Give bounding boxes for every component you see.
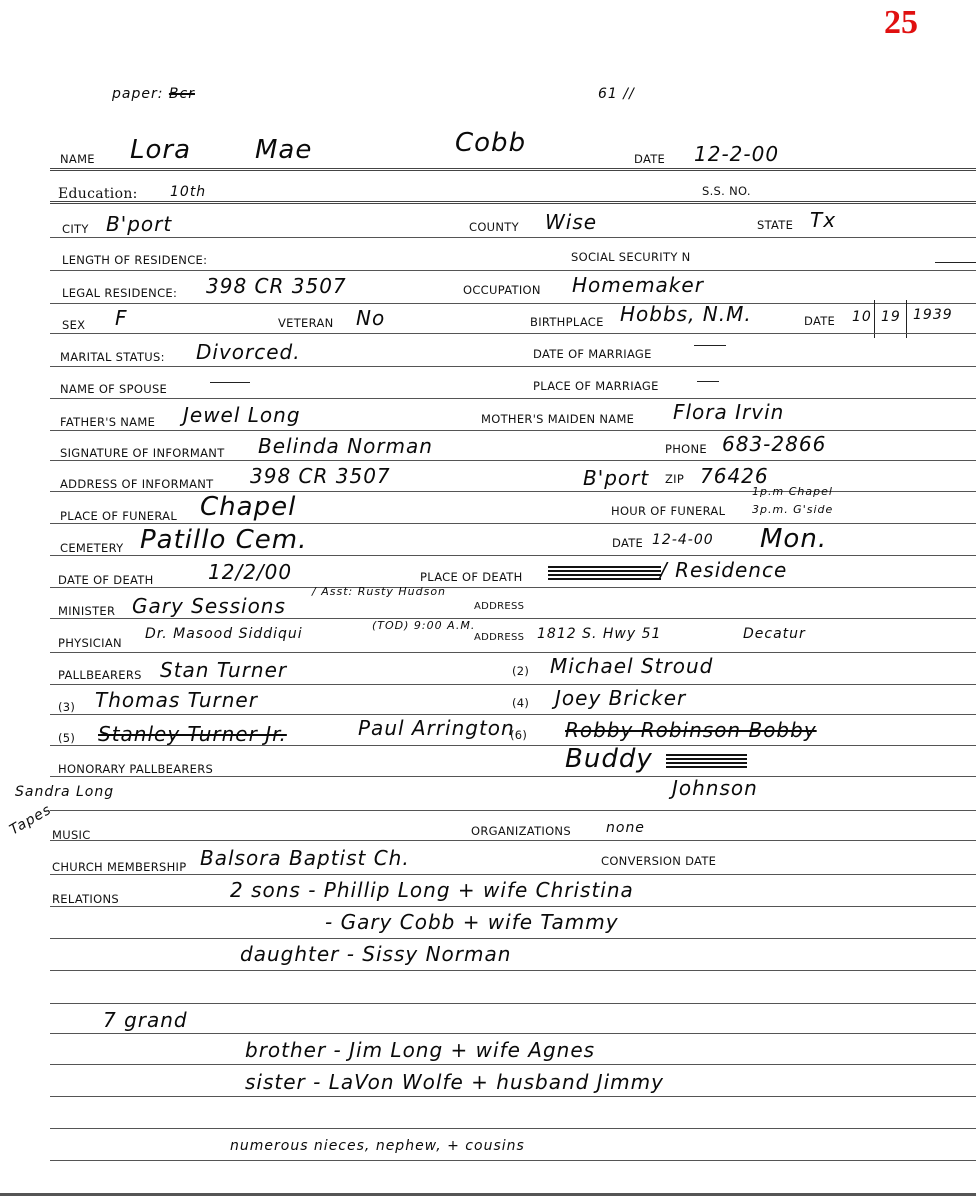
pallbearer-6-crossed: Robby Robinson Bobby bbox=[565, 718, 817, 742]
pallbearer-2: Michael Stroud bbox=[550, 654, 713, 678]
place-of-funeral-value: Chapel bbox=[200, 492, 296, 522]
hour-of-funeral-label: HOUR OF FUNERAL bbox=[611, 504, 725, 518]
mothers-maiden-name-value: Flora Irvin bbox=[673, 400, 784, 424]
pallbearer-4: Joey Bricker bbox=[555, 686, 686, 710]
signature-of-informant-label: SIGNATURE OF INFORMANT bbox=[60, 446, 225, 460]
state-value: Tx bbox=[810, 208, 836, 232]
pallbearers-label: PALLBEARERS bbox=[58, 668, 142, 682]
occupation-value: Homemaker bbox=[572, 273, 704, 297]
signature-of-informant-value: Belinda Norman bbox=[258, 434, 433, 458]
cemetery-label: CEMETERY bbox=[60, 541, 123, 555]
sex-label: SEX bbox=[62, 318, 85, 332]
birth-day: 19 bbox=[881, 309, 901, 325]
place-of-death-value: / Residence bbox=[660, 558, 787, 582]
marital-status-label: MARITAL STATUS: bbox=[60, 350, 165, 364]
church-membership-value: Balsora Baptist Ch. bbox=[200, 846, 410, 870]
state-label: STATE bbox=[757, 218, 793, 232]
tick-note: 61 // bbox=[598, 86, 635, 102]
middle-name: Mae bbox=[255, 135, 312, 165]
conversion-date-label: CONVERSION DATE bbox=[601, 854, 716, 868]
pallbearer-5-crossed: Stanley Turner Jr. bbox=[98, 722, 287, 746]
physician-address-label: ADDRESS bbox=[474, 632, 524, 643]
pallbearer-4-num: (4) bbox=[512, 696, 529, 710]
relations-label: RELATIONS bbox=[52, 892, 119, 906]
date-of-death-value: 12/2/00 bbox=[208, 560, 292, 584]
legal-residence-label: LEGAL RESIDENCE: bbox=[62, 286, 177, 300]
birth-date-label: DATE bbox=[804, 314, 835, 328]
name-label: NAME bbox=[60, 152, 95, 166]
physician-city: Decatur bbox=[743, 626, 806, 642]
paper-note: paper: Bcr bbox=[112, 86, 195, 102]
place-of-funeral-label: PLACE OF FUNERAL bbox=[60, 509, 177, 523]
date-value: 12-2-00 bbox=[694, 142, 779, 166]
county-label: COUNTY bbox=[469, 220, 519, 234]
birth-month: 10 bbox=[852, 309, 872, 325]
physician-label: PHYSICIAN bbox=[58, 636, 122, 650]
length-of-residence-label: LENGTH OF RESIDENCE: bbox=[62, 253, 207, 267]
date-of-marriage-label: DATE OF MARRIAGE bbox=[533, 347, 652, 361]
funeral-date-label: DATE bbox=[612, 536, 643, 550]
relations-line-5: 7 grand bbox=[103, 1008, 188, 1032]
relations-line-1: 2 sons - Phillip Long + wife Christina bbox=[230, 878, 634, 902]
time-of-death: (TOD) 9:00 A.M. bbox=[372, 619, 475, 632]
funeral-day: Mon. bbox=[760, 524, 827, 554]
pallbearer-5: Paul Arrington bbox=[358, 716, 515, 740]
address-of-informant-label: ADDRESS OF INFORMANT bbox=[60, 477, 213, 491]
first-name: Lora bbox=[130, 135, 191, 165]
birthplace-label: BIRTHPLACE bbox=[530, 315, 604, 329]
social-security-label: SOCIAL SECURITY N bbox=[571, 250, 691, 264]
relations-line-6: brother - Jim Long + wife Agnes bbox=[245, 1038, 595, 1062]
veteran-label: VETERAN bbox=[278, 316, 334, 330]
page-number: 25 bbox=[884, 4, 918, 42]
place-of-death-crossed: Decatur Hosp. bbox=[548, 564, 661, 580]
funeral-date-value: 12-4-00 bbox=[652, 532, 714, 548]
legal-residence-value: 398 CR 3507 bbox=[206, 274, 347, 298]
organizations-value: none bbox=[606, 820, 645, 836]
pallbearer-6-crossed-2: Thompson bbox=[666, 752, 747, 768]
relations-line-3: daughter - Sissy Norman bbox=[240, 942, 511, 966]
date-label: DATE bbox=[634, 152, 665, 166]
marital-status-value: Divorced. bbox=[196, 340, 301, 364]
pallbearer-3-num: (3) bbox=[58, 700, 75, 714]
minister-label: MINISTER bbox=[58, 604, 115, 618]
physician-value: Dr. Masood Siddiqui bbox=[145, 626, 303, 642]
pallbearer-6-num: (6) bbox=[510, 728, 527, 742]
hour-of-funeral-line1: 1p.m Chapel bbox=[752, 485, 833, 498]
sex-value: F bbox=[115, 306, 128, 330]
birth-year: 1939 bbox=[913, 307, 953, 323]
city-label: CITY bbox=[62, 222, 89, 236]
music-value: Tapes bbox=[7, 802, 54, 839]
pallbearer-6: Buddy bbox=[565, 744, 653, 774]
place-of-marriage-label: PLACE OF MARRIAGE bbox=[533, 379, 659, 393]
phone-label: PHONE bbox=[665, 442, 707, 456]
ss-no-label: S.S. NO. bbox=[702, 184, 751, 198]
church-membership-label: CHURCH MEMBERSHIP bbox=[52, 860, 186, 874]
relations-line-9: numerous nieces, nephew, + cousins bbox=[230, 1138, 525, 1154]
date-of-death-label: DATE OF DEATH bbox=[58, 573, 154, 587]
organizations-label: ORGANIZATIONS bbox=[471, 824, 571, 838]
city-value: B'port bbox=[106, 212, 172, 236]
pallbearer-2-num: (2) bbox=[512, 664, 529, 678]
county-value: Wise bbox=[545, 210, 597, 234]
zip-label: ZIP bbox=[665, 472, 684, 486]
occupation-label: OCCUPATION bbox=[463, 283, 541, 297]
name-of-spouse-label: NAME OF SPOUSE bbox=[60, 382, 167, 396]
minister-value: Gary Sessions bbox=[132, 594, 286, 618]
minister-address-label: ADDRESS bbox=[474, 601, 524, 612]
last-name: Cobb bbox=[455, 128, 526, 158]
education-value: 10th bbox=[170, 184, 206, 200]
place-of-death-label: PLACE OF DEATH bbox=[420, 570, 523, 584]
minister-assistant: / Asst: Rusty Hudson bbox=[312, 585, 446, 598]
honorary-pallbearers-value: Sandra Long bbox=[15, 784, 114, 800]
pallbearer-5-num: (5) bbox=[58, 731, 75, 745]
mothers-maiden-name-label: MOTHER'S MAIDEN NAME bbox=[481, 412, 634, 426]
relations-line-2: - Gary Cobb + wife Tammy bbox=[325, 910, 619, 934]
address-of-informant-city: B'port bbox=[583, 466, 649, 490]
fathers-name-value: Jewel Long bbox=[183, 403, 301, 427]
hour-of-funeral-line2: 3p.m. G'side bbox=[752, 503, 833, 516]
pallbearer-1: Stan Turner bbox=[160, 658, 287, 682]
cemetery-value: Patillo Cem. bbox=[140, 525, 307, 555]
honorary-pallbearers-label: HONORARY PALLBEARERS bbox=[58, 762, 213, 776]
education-label: Education: bbox=[58, 186, 138, 202]
physician-address: 1812 S. Hwy 51 bbox=[537, 626, 661, 642]
veteran-value: No bbox=[356, 306, 385, 330]
fathers-name-label: FATHER'S NAME bbox=[60, 415, 155, 429]
phone-value: 683-2866 bbox=[722, 432, 826, 456]
birthplace-value: Hobbs, N.M. bbox=[620, 302, 752, 326]
address-of-informant-value: 398 CR 3507 bbox=[250, 464, 391, 488]
pallbearer-3: Thomas Turner bbox=[95, 688, 258, 712]
relations-line-7: sister - LaVon Wolfe + husband Jimmy bbox=[245, 1070, 664, 1094]
pallbearer-6-last: Johnson bbox=[672, 776, 758, 800]
